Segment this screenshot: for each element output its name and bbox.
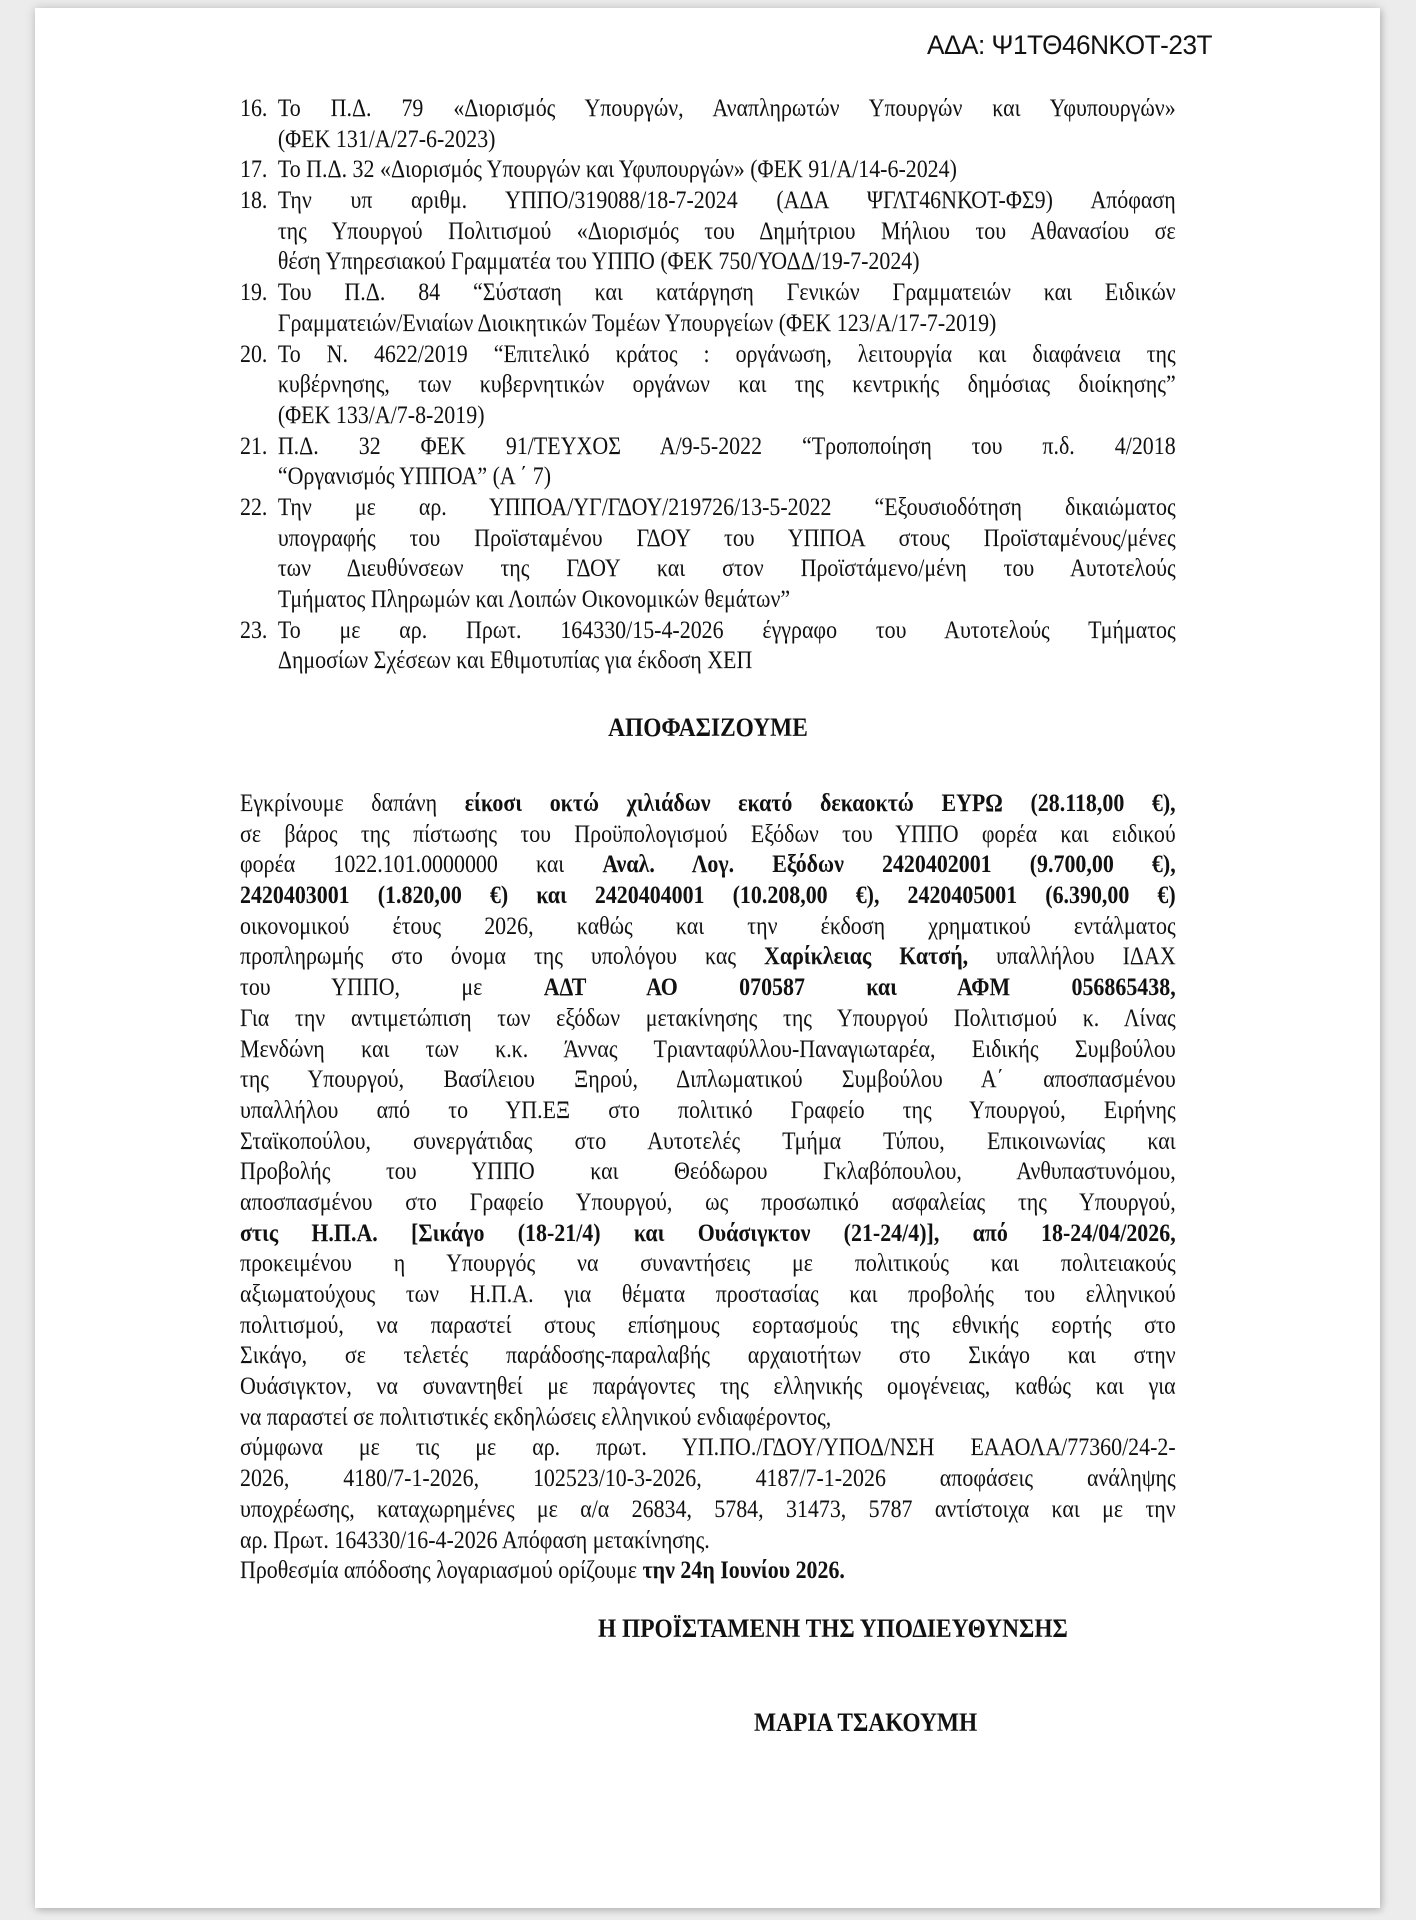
text: Προθεσμία απόδοσης λογαριασμού ορίζουμε — [240, 1555, 643, 1584]
text: υποχρέωσης, καταχωρημένες με α/α 26834, … — [240, 1494, 1176, 1523]
signature-title: Η ΠΡΟΪΣΤΑΜΕΝΗ ΤΗΣ ΥΠΟΔΙΕΥΘΥΝΣΗΣ — [598, 1614, 1068, 1644]
text: του ΥΠΠΟ, με — [240, 972, 544, 1001]
consideration-item: 23.Το με αρ. Πρωτ. 164330/15-4-2026 έγγρ… — [240, 615, 1176, 676]
item-number: 20. — [240, 339, 267, 369]
decision-line: να παραστεί σε πολιτιστικές εκδηλώσεις ε… — [240, 1402, 1176, 1433]
bold-text: 2420403001 (1.820,00 €) και 2420404001 (… — [240, 880, 1176, 909]
consideration-item: 16.Το Π.Δ. 79 «Διορισμός Υπουργών, Αναπλ… — [240, 93, 1176, 154]
decision-line: Για την αντιμετώπιση των εξόδων μετακίνη… — [240, 1003, 1176, 1034]
item-line: Την υπ αριθμ. ΥΠΠΟ/319088/18-7-2024 (ΑΔΑ… — [278, 185, 1176, 216]
decision-heading-text: ΑΠΟΦΑΣΙΖΟΥΜΕ — [608, 713, 808, 743]
text: φορέα 1022.101.0000000 και — [240, 849, 602, 878]
item-line: Τμήματος Πληρωμών και Λοιπών Οικονομικών… — [278, 584, 1176, 615]
considerations-list: 16.Το Π.Δ. 79 «Διορισμός Υπουργών, Αναπλ… — [240, 93, 1176, 676]
text: της Υπουργού, Βασίλειου Ξηρού, Διπλωματι… — [240, 1064, 1176, 1093]
decision-line: της Υπουργού, Βασίλειου Ξηρού, Διπλωματι… — [240, 1064, 1176, 1095]
text: αξιωματούχους των Η.Π.Α. για θέματα προσ… — [240, 1279, 1176, 1308]
text: οικονομικού έτους 2026, καθώς και την έκ… — [240, 911, 1176, 940]
item-number: 22. — [240, 492, 267, 522]
item-line: Το με αρ. Πρωτ. 164330/15-4-2026 έγγραφο… — [278, 615, 1176, 646]
item-line: Του Π.Δ. 84 “Σύσταση και κατάργηση Γενικ… — [278, 277, 1176, 308]
item-line: “Οργανισμός ΥΠΠΟΑ” (Α ΄ 7) — [278, 461, 1176, 492]
item-line: Γραμματειών/Ενιαίων Διοικητικών Τομέων Υ… — [278, 308, 1176, 339]
text: πολιτισμού, να παραστεί στους επίσημους … — [240, 1310, 1176, 1339]
text: υπαλλήλου ΙΔΑΧ — [968, 941, 1176, 970]
decision-line: Ουάσιγκτον, να συναντηθεί με παράγοντες … — [240, 1371, 1176, 1402]
item-line: της Υπουργού Πολιτισμού «Διορισμός του Δ… — [278, 216, 1176, 247]
text: υπαλλήλου από το ΥΠ.ΕΞ στο πολιτικό Γραφ… — [240, 1095, 1176, 1124]
item-line: θέση Υπηρεσιακού Γραμματέα του ΥΠΠΟ (ΦΕΚ… — [278, 246, 1176, 277]
bold-text: στις Η.Π.Α. [Σικάγο (18-21/4) και Ουάσιγ… — [240, 1218, 1176, 1247]
text: Εγκρίνουμε δαπάνη — [240, 788, 465, 817]
text: Ουάσιγκτον, να συναντηθεί με παράγοντες … — [240, 1371, 1176, 1400]
consideration-item: 20.Το Ν. 4622/2019 “Επιτελικό κράτος : ο… — [240, 339, 1176, 431]
decision-line: αρ. Πρωτ. 164330/16-4-2026 Απόφαση μετακ… — [240, 1525, 1176, 1556]
decision-heading: ΑΠΟΦΑΣΙΖΟΥΜΕ — [0, 713, 1416, 743]
item-line: υπογραφής του Προϊσταμένου ΓΔΟΥ του ΥΠΠΟ… — [278, 523, 1176, 554]
decision-line: Σικάγο, σε τελετές παράδοσης-παραλαβής α… — [240, 1340, 1176, 1371]
bold-text: είκοσι οκτώ χιλιάδων εκατό δεκαοκτώ ΕΥΡΩ… — [465, 788, 1176, 817]
item-line: των Διευθύνσεων της ΓΔΟΥ και στον Προϊστ… — [278, 553, 1176, 584]
bold-text: Χαρίκλειας Κατσή, — [764, 941, 968, 970]
bold-text: την 24η Ιουνίου 2026. — [643, 1555, 845, 1584]
decision-line: Προθεσμία απόδοσης λογαριασμού ορίζουμε … — [240, 1555, 1176, 1586]
decision-line: προκειμένου η Υπουργός να συναντήσεις με… — [240, 1248, 1176, 1279]
decision-line: σύμφωνα με τις με αρ. πρωτ. ΥΠ.ΠΟ./ΓΔΟΥ/… — [240, 1432, 1176, 1463]
text: Προβολής του ΥΠΠΟ και Θεόδωρου Γκλαβόπου… — [240, 1156, 1176, 1185]
decision-line: του ΥΠΠΟ, με ΑΔΤ ΑΟ 070587 και ΑΦΜ 05686… — [240, 972, 1176, 1003]
item-number: 18. — [240, 185, 267, 215]
decision-line: αποσπασμένου στο Γραφείο Υπουργού, ως πρ… — [240, 1187, 1176, 1218]
text: Μενδώνη και των κ.κ. Άννας Τριανταφύλλου… — [240, 1034, 1176, 1063]
decision-line: πολιτισμού, να παραστεί στους επίσημους … — [240, 1310, 1176, 1341]
item-line: (ΦΕΚ 131/Α/27-6-2023) — [278, 124, 1176, 155]
decision-line: Εγκρίνουμε δαπάνη είκοσι οκτώ χιλιάδων ε… — [240, 788, 1176, 819]
item-line: Π.Δ. 32 ΦΕΚ 91/ΤΕΥΧΟΣ Α/9-5-2022 “Τροποπ… — [278, 431, 1176, 462]
consideration-item: 22.Την με αρ. ΥΠΠΟΑ/ΥΓ/ΓΔΟΥ/219726/13-5-… — [240, 492, 1176, 615]
item-line: Το Π.Δ. 79 «Διορισμός Υπουργών, Αναπληρω… — [278, 93, 1176, 124]
item-line: κυβέρνησης, των κυβερνητικών οργάνων και… — [278, 369, 1176, 400]
decision-line: Σταϊκοπούλου, συνεργάτιδας στο Αυτοτελές… — [240, 1126, 1176, 1157]
text: προπληρωμής στο όνομα της υπολόγου κας — [240, 941, 764, 970]
consideration-item: 17.Το Π.Δ. 32 «Διορισμός Υπουργών και Υφ… — [240, 154, 1176, 185]
item-number: 19. — [240, 277, 267, 307]
consideration-item: 21.Π.Δ. 32 ΦΕΚ 91/ΤΕΥΧΟΣ Α/9-5-2022 “Τρο… — [240, 431, 1176, 492]
text: αποσπασμένου στο Γραφείο Υπουργού, ως πρ… — [240, 1187, 1176, 1216]
text: προκειμένου η Υπουργός να συναντήσεις με… — [240, 1248, 1176, 1277]
item-line: Το Ν. 4622/2019 “Επιτελικό κράτος : οργά… — [278, 339, 1176, 370]
text: 2026, 4180/7-1-2026, 102523/10-3-2026, 4… — [240, 1463, 1176, 1492]
decision-line: σε βάρος της πίστωσης του Προϋπολογισμού… — [240, 819, 1176, 850]
decision-line: υπαλλήλου από το ΥΠ.ΕΞ στο πολιτικό Γραφ… — [240, 1095, 1176, 1126]
item-line: (ΦΕΚ 133/Α/7-8-2019) — [278, 400, 1176, 431]
decision-line: 2420403001 (1.820,00 €) και 2420404001 (… — [240, 880, 1176, 911]
decision-line: υποχρέωσης, καταχωρημένες με α/α 26834, … — [240, 1494, 1176, 1525]
decision-body: Εγκρίνουμε δαπάνη είκοσι οκτώ χιλιάδων ε… — [240, 788, 1176, 1586]
consideration-item: 18.Την υπ αριθμ. ΥΠΠΟ/319088/18-7-2024 (… — [240, 185, 1176, 277]
text: σύμφωνα με τις με αρ. πρωτ. ΥΠ.ΠΟ./ΓΔΟΥ/… — [240, 1432, 1176, 1461]
signature-name: ΜΑΡΙΑ ΤΣΑΚΟΥΜΗ — [754, 1708, 977, 1738]
decision-line: αξιωματούχους των Η.Π.Α. για θέματα προσ… — [240, 1279, 1176, 1310]
bold-text: Αναλ. Λογ. Εξόδων 2420402001 (9.700,00 €… — [602, 849, 1175, 878]
decision-line: προπληρωμής στο όνομα της υπολόγου κας Χ… — [240, 941, 1176, 972]
consideration-item: 19.Του Π.Δ. 84 “Σύσταση και κατάργηση Γε… — [240, 277, 1176, 338]
item-number: 23. — [240, 615, 267, 645]
decision-line: Μενδώνη και των κ.κ. Άννας Τριανταφύλλου… — [240, 1034, 1176, 1065]
text: Για την αντιμετώπιση των εξόδων μετακίνη… — [240, 1003, 1176, 1032]
decision-line: 2026, 4180/7-1-2026, 102523/10-3-2026, 4… — [240, 1463, 1176, 1494]
item-line: Δημοσίων Σχέσεων και Εθιμοτυπίας για έκδ… — [278, 645, 1176, 676]
item-line: Το Π.Δ. 32 «Διορισμός Υπουργών και Υφυπο… — [278, 154, 1176, 185]
item-number: 17. — [240, 154, 267, 184]
text: Σικάγο, σε τελετές παράδοσης-παραλαβής α… — [240, 1340, 1176, 1369]
item-number: 16. — [240, 93, 267, 123]
item-line: Την με αρ. ΥΠΠΟΑ/ΥΓ/ΓΔΟΥ/219726/13-5-202… — [278, 492, 1176, 523]
text: σε βάρος της πίστωσης του Προϋπολογισμού… — [240, 819, 1176, 848]
decision-line: Προβολής του ΥΠΠΟ και Θεόδωρου Γκλαβόπου… — [240, 1156, 1176, 1187]
decision-line: οικονομικού έτους 2026, καθώς και την έκ… — [240, 911, 1176, 942]
decision-line: φορέα 1022.101.0000000 και Αναλ. Λογ. Εξ… — [240, 849, 1176, 880]
text: να παραστεί σε πολιτιστικές εκδηλώσεις ε… — [240, 1402, 831, 1431]
decision-line: στις Η.Π.Α. [Σικάγο (18-21/4) και Ουάσιγ… — [240, 1218, 1176, 1249]
text: αρ. Πρωτ. 164330/16-4-2026 Απόφαση μετακ… — [240, 1525, 710, 1554]
text: Σταϊκοπούλου, συνεργάτιδας στο Αυτοτελές… — [240, 1126, 1176, 1155]
bold-text: ΑΔΤ ΑΟ 070587 και ΑΦΜ 056865438, — [544, 972, 1176, 1001]
ada-identifier: ΑΔΑ: Ψ1ΤΘ46ΝΚΟΤ-23Τ — [927, 30, 1212, 61]
item-number: 21. — [240, 431, 267, 461]
